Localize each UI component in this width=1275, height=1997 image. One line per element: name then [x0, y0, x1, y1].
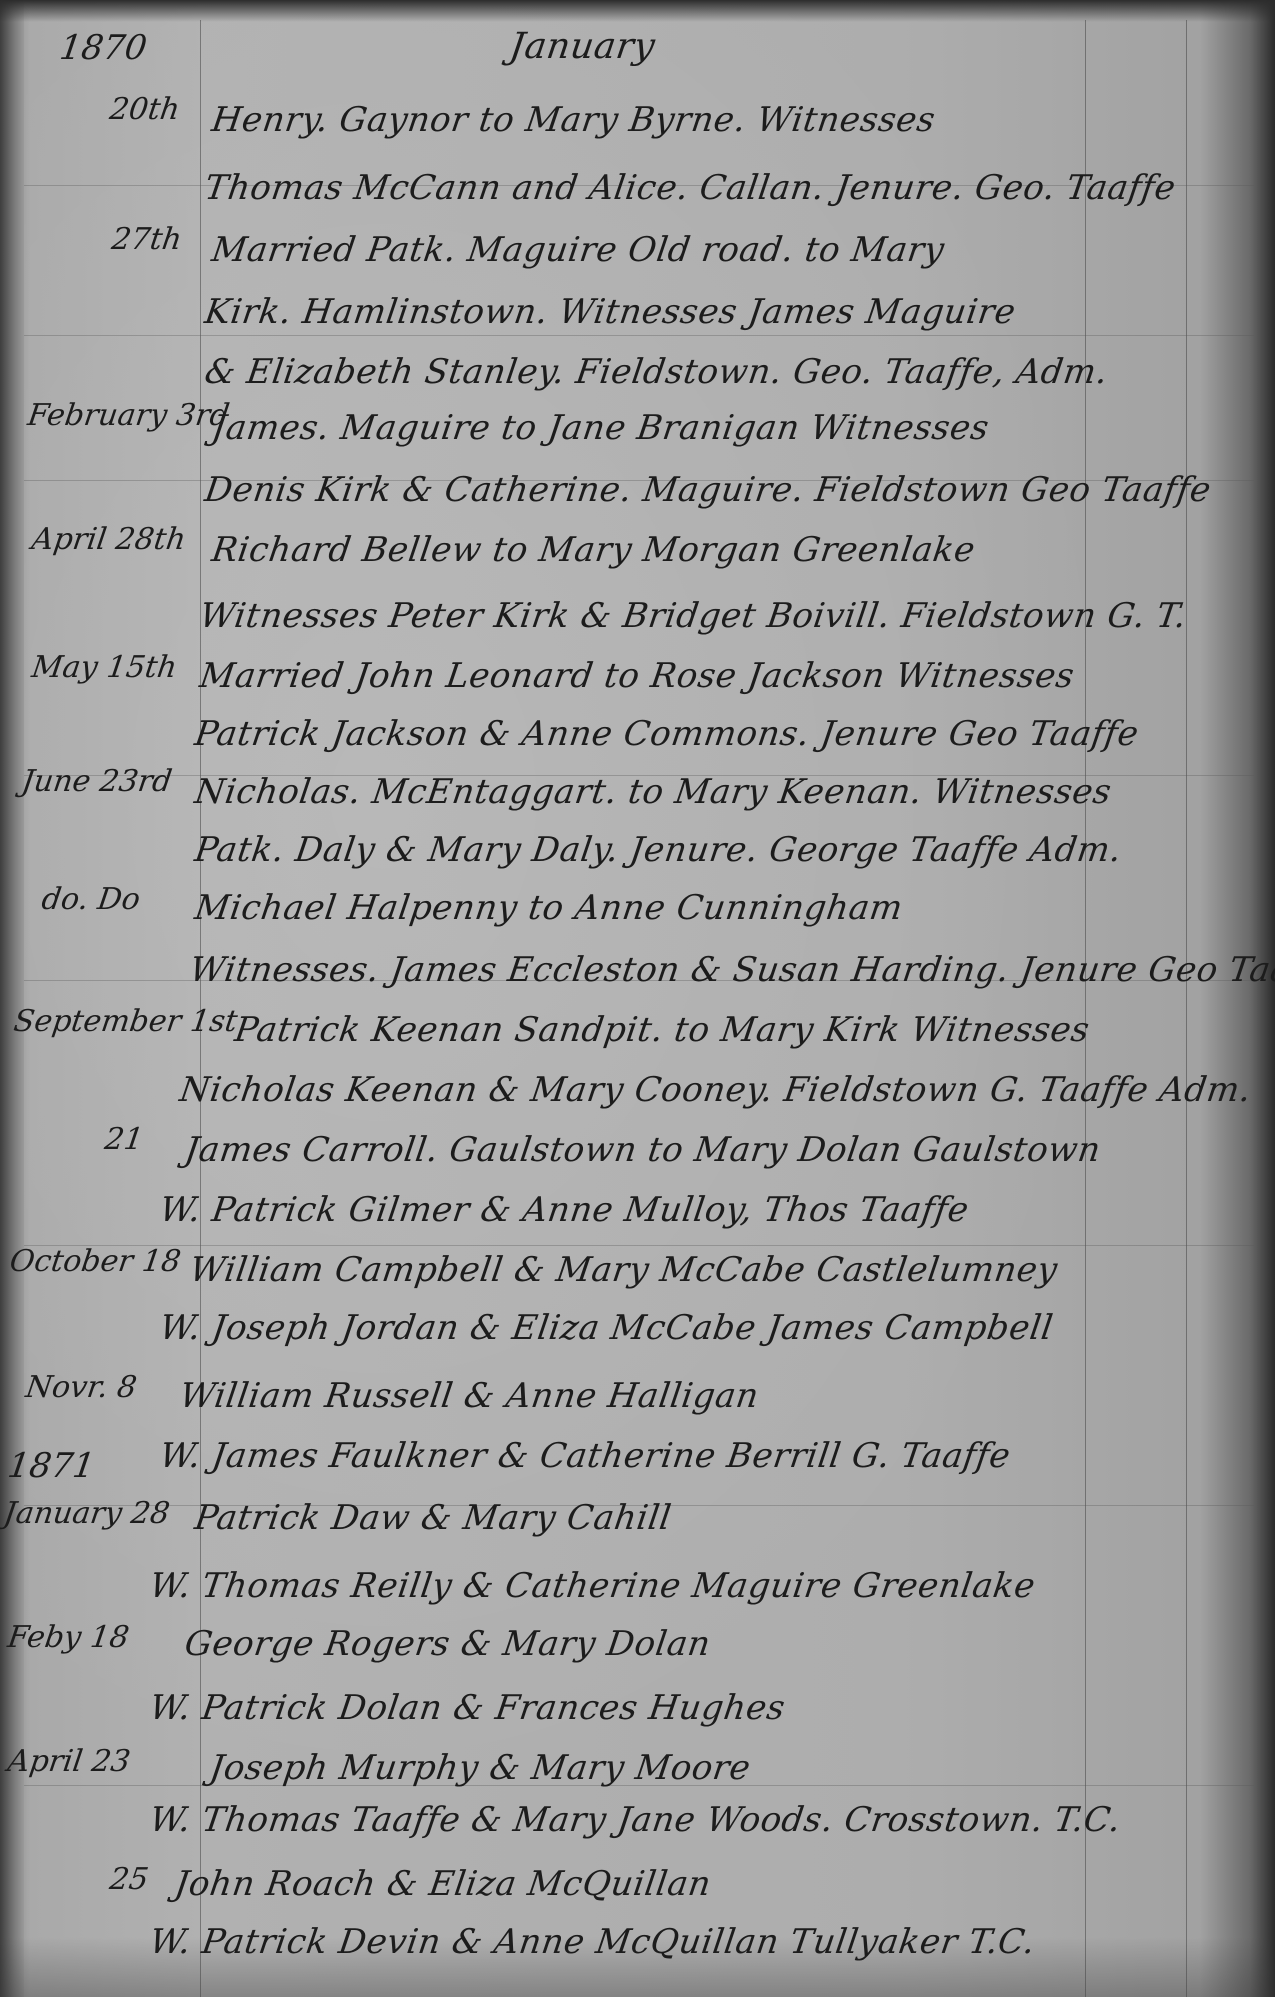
entry-date: May 15th — [30, 650, 180, 685]
entry-line: Richard Bellew to Mary Morgan Greenlake — [209, 530, 978, 570]
entry-date: February 3rd — [26, 398, 232, 433]
entry-line: Henry. Gaynor to Mary Byrne. Witnesses — [209, 100, 938, 140]
entry-date: January 28 — [2, 1496, 172, 1531]
entry-line: Nicholas Keenan & Mary Cooney. Fieldstow… — [177, 1070, 1254, 1110]
entry-line: W. Patrick Gilmer & Anne Mulloy, Thos Ta… — [157, 1190, 971, 1230]
entry-date: 20th — [108, 92, 182, 127]
entry-line: James. Maguire to Jane Branigan Witnesse… — [209, 408, 991, 448]
entry-line: Witnesses Peter Kirk & Bridget Boivill. … — [197, 596, 1189, 636]
entry-line: Joseph Murphy & Mary Moore — [207, 1748, 753, 1788]
year-1870: 1870 — [57, 28, 149, 68]
entry-line: George Rogers & Mary Dolan — [182, 1624, 713, 1664]
entry-line: Patrick Keenan Sandpit. to Mary Kirk Wit… — [232, 1010, 1092, 1050]
entry-line: Nicholas. McEntaggart. to Mary Keenan. W… — [192, 772, 1114, 812]
entry-line: Patrick Daw & Mary Cahill — [192, 1498, 674, 1538]
entry-line: & Elizabeth Stanley. Fieldstown. Geo. Ta… — [202, 352, 1110, 392]
entry-date: April 23 — [6, 1744, 133, 1779]
entry-line: William Russell & Anne Halligan — [177, 1376, 761, 1416]
entry-line: W. Thomas Reilly & Catherine Maguire Gre… — [147, 1566, 1038, 1606]
entry-line: W. Patrick Devin & Anne McQuillan Tullya… — [147, 1922, 1038, 1962]
column-rule — [1085, 20, 1086, 1997]
entry-date: Novr. 8 — [24, 1370, 139, 1405]
entry-line: William Campbell & Mary McCabe Castlelum… — [187, 1250, 1060, 1290]
entry-date: September 1st — [12, 1004, 240, 1039]
month-heading: January — [507, 26, 658, 67]
register-page: 1870 January 20th Henry. Gaynor to Mary … — [0, 0, 1275, 1997]
entry-line: W. Joseph Jordan & Eliza McCabe James Ca… — [157, 1308, 1055, 1348]
entry-line: John Roach & Eliza McQuillan — [172, 1864, 713, 1904]
entry-line: Patrick Jackson & Anne Commons. Jenure G… — [192, 714, 1141, 754]
entry-date: 25 — [108, 1862, 151, 1897]
entry-line: W. Patrick Dolan & Frances Hughes — [147, 1688, 787, 1728]
page-top-edge — [0, 0, 1275, 22]
entry-line: Witnesses. James Eccleston & Susan Hardi… — [187, 950, 1275, 990]
column-rule — [1186, 20, 1187, 1997]
entry-date: Feby 18 — [6, 1620, 132, 1655]
entry-line: Married John Leonard to Rose Jackson Wit… — [197, 656, 1077, 696]
entry-line: Thomas McCann and Alice. Callan. Jenure.… — [202, 168, 1178, 208]
entry-line: James Carroll. Gaulstown to Mary Dolan G… — [182, 1130, 1103, 1170]
entry-line: W. James Faulkner & Catherine Berrill G.… — [157, 1436, 1013, 1476]
entry-line: Married Patk. Maguire Old road. to Mary — [209, 230, 947, 270]
entry-line: Denis Kirk & Catherine. Maguire. Fieldst… — [202, 470, 1213, 510]
ruled-line — [24, 335, 1254, 336]
book-spine — [0, 0, 24, 1997]
entry-line: Michael Halpenny to Anne Cunningham — [192, 888, 905, 928]
entry-line: Patk. Daly & Mary Daly. Jenure. George T… — [192, 830, 1124, 870]
entry-line: W. Thomas Taaffe & Mary Jane Woods. Cros… — [147, 1800, 1123, 1840]
year-1871: 1871 — [5, 1446, 97, 1486]
entry-date: do. Do — [40, 882, 143, 917]
ruled-line — [24, 1245, 1254, 1246]
entry-date: October 18 — [8, 1244, 183, 1279]
entry-line: Kirk. Hamlinstown. Witnesses James Magui… — [202, 292, 1018, 332]
entry-date: 21 — [103, 1122, 146, 1157]
entry-date: June 23rd — [20, 764, 175, 799]
entry-date: 27th — [110, 222, 184, 257]
entry-date: April 28th — [30, 522, 188, 557]
